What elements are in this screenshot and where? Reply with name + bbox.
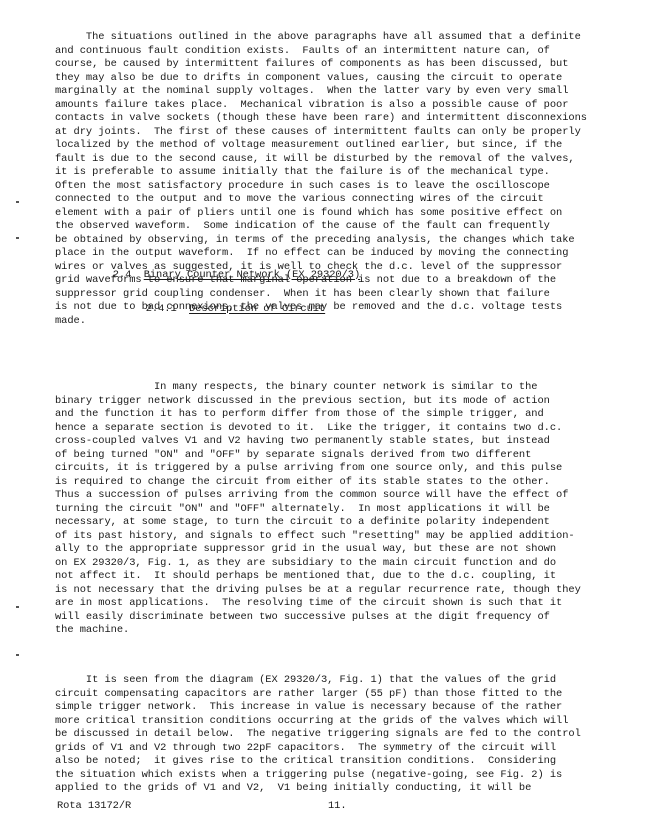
text-line: localized by the method of voltage measu… bbox=[55, 139, 562, 153]
subsection-number: 2.4.1 bbox=[146, 303, 177, 315]
margin-mark bbox=[16, 201, 19, 203]
margin-mark bbox=[16, 606, 19, 608]
section-number: 2.4 bbox=[113, 269, 132, 281]
text-line: binary trigger network discussed in the … bbox=[55, 395, 550, 409]
text-line: also be noted; it gives rise to the crit… bbox=[55, 755, 556, 769]
text-line: course, be caused by intermittent failur… bbox=[55, 58, 568, 72]
text-line: Often the most satisfactory procedure in… bbox=[55, 180, 550, 194]
text-line: of its past history, and signals to effe… bbox=[55, 530, 575, 544]
text-line: In many respects, the binary counter net… bbox=[55, 381, 537, 395]
text-line: made. bbox=[55, 315, 86, 329]
subsection-title: Description of Circuit bbox=[189, 303, 325, 315]
text-line: on EX 29320/3, Fig. 1, as they are subsi… bbox=[55, 557, 556, 571]
text-line: be obtained by observing, in terms of th… bbox=[55, 234, 575, 248]
text-line: they may also be due to drifts in compon… bbox=[55, 72, 562, 86]
text-line: at dry joints. The first of these causes… bbox=[55, 126, 581, 140]
text-line: more critical transition conditions occu… bbox=[55, 715, 568, 729]
text-line: of being turned "ON" and "OFF" by separa… bbox=[55, 449, 531, 463]
text-line: applied to the grids of V1 and V2, V1 be… bbox=[55, 782, 531, 796]
footer-reference: Rota 13172/R bbox=[57, 800, 131, 814]
text-line: the observed waveform. Some indication o… bbox=[55, 220, 550, 234]
text-line: it is preferable to assume initially tha… bbox=[55, 166, 550, 180]
subsection-heading: 2.4.1 Description of Circuit bbox=[121, 289, 325, 303]
text-line: It is seen from the diagram (EX 29320/3,… bbox=[55, 674, 556, 688]
text-line: ally to the appropriate suppressor grid … bbox=[55, 543, 556, 557]
section-title: Binary Counter Network (EX 29320/3) bbox=[144, 269, 361, 281]
text-line: and the function it has to perform diffe… bbox=[55, 408, 544, 422]
text-line: marginally at the nominal supply voltage… bbox=[55, 85, 568, 99]
text-line: the machine. bbox=[55, 624, 129, 638]
page-number: 11. bbox=[328, 800, 347, 814]
text-line: contacts in valve sockets (though these … bbox=[55, 112, 587, 126]
text-line: is not necessary that the driving pulses… bbox=[55, 584, 581, 598]
text-line: cross-coupled valves V1 and V2 having tw… bbox=[55, 435, 550, 449]
text-line: the situation which exists when a trigge… bbox=[55, 769, 562, 783]
text-line: will easily discriminate between two suc… bbox=[55, 611, 550, 625]
text-line: connected to the output and to move the … bbox=[55, 193, 544, 207]
text-line: are in most applications. The resolving … bbox=[55, 597, 562, 611]
text-line: The situations outlined in the above par… bbox=[55, 31, 581, 45]
text-line: Thus a succession of pulses arriving fro… bbox=[55, 489, 568, 503]
text-line: grids of V1 and V2 through two 22pF capa… bbox=[55, 742, 556, 756]
text-line: circuit compensating capacitors are rath… bbox=[55, 688, 562, 702]
section-heading: 2.4 Binary Counter Network (EX 29320/3) bbox=[88, 255, 360, 269]
text-line: hence a separate section is devoted to i… bbox=[55, 422, 562, 436]
text-line: is required to change the circuit from e… bbox=[55, 476, 550, 490]
text-line: amounts failure takes place. Mechanical … bbox=[55, 99, 568, 113]
text-line: and continuous fault condition exists. F… bbox=[55, 45, 550, 59]
document-page: The situations outlined in the above par… bbox=[0, 0, 650, 839]
margin-mark bbox=[16, 654, 19, 656]
text-line: simple trigger network. This increase in… bbox=[55, 701, 562, 715]
text-line: fault is due to the second cause, it wil… bbox=[55, 153, 575, 167]
text-line: turning the circuit "ON" and "OFF" alter… bbox=[55, 503, 550, 517]
text-line: be discussed in detail below. The negati… bbox=[55, 728, 581, 742]
text-line: element with a pair of pliers until one … bbox=[55, 207, 562, 221]
margin-mark bbox=[16, 237, 19, 239]
text-line: necessary, at some stage, to turn the ci… bbox=[55, 516, 550, 530]
text-line: not affect it. It should perhaps be ment… bbox=[55, 570, 556, 584]
text-line: circuits, it is triggered by a pulse arr… bbox=[55, 462, 562, 476]
